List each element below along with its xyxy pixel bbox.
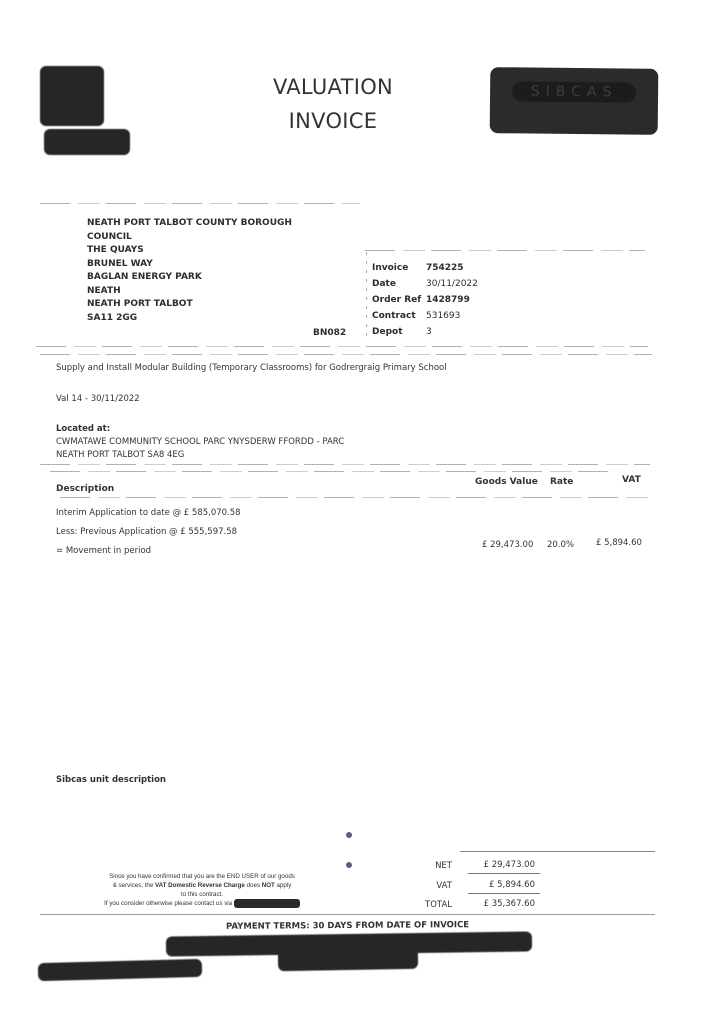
notice-emphasis: NOT	[262, 882, 275, 889]
meta-row-date: Date 30/11/2022	[372, 276, 478, 292]
unit-description-heading: Sibcas unit description	[56, 775, 166, 785]
column-header-description: Description	[56, 484, 114, 494]
location-line-1: CWMATAWE COMMUNITY SCHOOL PARC YNYSDERW …	[56, 437, 344, 447]
meta-row-contract: Contract 531693	[372, 308, 478, 324]
table-row-description: Interim Application to date @ £ 585,070.…	[56, 508, 241, 518]
contract-value: 531693	[426, 308, 460, 324]
vat-reverse-charge-notice: Since you have confirmed that you are th…	[72, 872, 332, 908]
notice-text: does	[245, 882, 262, 889]
invoice-number: 754225	[426, 260, 464, 276]
notice-line-1: Since you have confirmed that you are th…	[72, 872, 332, 881]
document-title: VALUATION INVOICE	[240, 70, 426, 138]
stamp-mark-icon	[346, 862, 352, 868]
divider	[365, 250, 645, 251]
divider	[60, 497, 650, 498]
notice-text: apply	[275, 882, 292, 889]
net-label: NET	[392, 861, 452, 871]
order-ref-label: Order Ref	[372, 292, 426, 308]
notice-emphasis: VAT Domestic Reverse Charge	[155, 882, 245, 889]
address-line: THE QUAYS	[87, 244, 292, 258]
stamp-mark-icon	[346, 832, 352, 838]
divider	[468, 893, 540, 894]
bill-to-address: NEATH PORT TALBOT COUNTY BOROUGH COUNCIL…	[87, 217, 292, 325]
divider	[366, 252, 367, 342]
net-value: £ 29,473.00	[460, 860, 535, 870]
address-line: SA11 2GG	[87, 312, 292, 326]
table-row-description: = Movement in period	[56, 546, 151, 556]
invoice-meta: Invoice 754225 Date 30/11/2022 Order Ref…	[372, 260, 478, 340]
logo-text: SIBCAS	[512, 81, 636, 102]
notice-line-3: to this contract.	[72, 890, 332, 899]
redacted-contact	[234, 899, 300, 908]
divider	[36, 346, 648, 347]
address-line: BAGLAN ENERGY PARK	[87, 271, 292, 285]
redacted-sender-address	[40, 66, 104, 126]
invoice-date: 30/11/2022	[426, 276, 478, 292]
depot-value: 3	[426, 324, 432, 340]
date-label: Date	[372, 276, 426, 292]
table-row-goods-value: £ 29,473.00	[482, 540, 533, 550]
vat-total-label: VAT	[392, 881, 452, 891]
redacted-company-footer	[38, 959, 202, 981]
address-line: BRUNEL WAY	[87, 258, 292, 272]
title-line-2: INVOICE	[240, 104, 426, 138]
divider	[40, 203, 360, 204]
meta-row-depot: Depot 3	[372, 324, 478, 340]
divider	[460, 851, 655, 852]
divider	[40, 464, 650, 465]
address-line: COUNCIL	[87, 231, 292, 245]
location-line-2: NEATH PORT TALBOT SA8 4EG	[56, 450, 184, 460]
title-line-1: VALUATION	[240, 70, 426, 104]
contract-label: Contract	[372, 308, 426, 324]
redacted-vat-registration	[278, 947, 418, 971]
divider	[468, 873, 540, 874]
notice-line-2: & services, the VAT Domestic Reverse Cha…	[72, 881, 332, 890]
table-row-vat: £ 5,894.60	[596, 538, 642, 548]
address-line: NEATH	[87, 285, 292, 299]
meta-row-invoice: Invoice 754225	[372, 260, 478, 276]
address-line: NEATH PORT TALBOT	[87, 298, 292, 312]
company-logo: SIBCAS	[490, 67, 659, 135]
total-value: £ 35,367.60	[460, 899, 535, 909]
notice-text: & services, the	[113, 882, 155, 889]
depot-label: Depot	[372, 324, 426, 340]
account-code: BN082	[313, 328, 346, 338]
total-label: TOTAL	[392, 900, 452, 910]
table-row-description: Less: Previous Application @ £ 555,597.5…	[56, 527, 237, 537]
divider	[40, 914, 655, 915]
located-at-label: Located at:	[56, 424, 110, 434]
column-header-vat: VAT	[622, 475, 641, 485]
column-header-goods-value: Goods Value	[475, 477, 538, 487]
valuation-reference: Val 14 - 30/11/2022	[56, 394, 140, 404]
notice-line-4: If you consider otherwise please contact…	[72, 899, 332, 908]
table-row-rate: 20.0%	[547, 540, 574, 550]
divider	[50, 471, 610, 472]
project-description: Supply and Install Modular Building (Tem…	[56, 363, 447, 373]
order-ref-value: 1428799	[426, 292, 470, 308]
vat-total-value: £ 5,894.60	[460, 880, 535, 890]
address-line: NEATH PORT TALBOT COUNTY BOROUGH	[87, 217, 292, 231]
redacted-sender-contact	[44, 129, 130, 155]
meta-row-order-ref: Order Ref 1428799	[372, 292, 478, 308]
column-header-rate: Rate	[550, 477, 573, 487]
invoice-label: Invoice	[372, 260, 426, 276]
divider	[40, 354, 652, 355]
notice-text: If you consider otherwise please contact…	[104, 900, 232, 907]
payment-terms: PAYMENT TERMS: 30 DAYS FROM DATE OF INVO…	[226, 920, 469, 932]
